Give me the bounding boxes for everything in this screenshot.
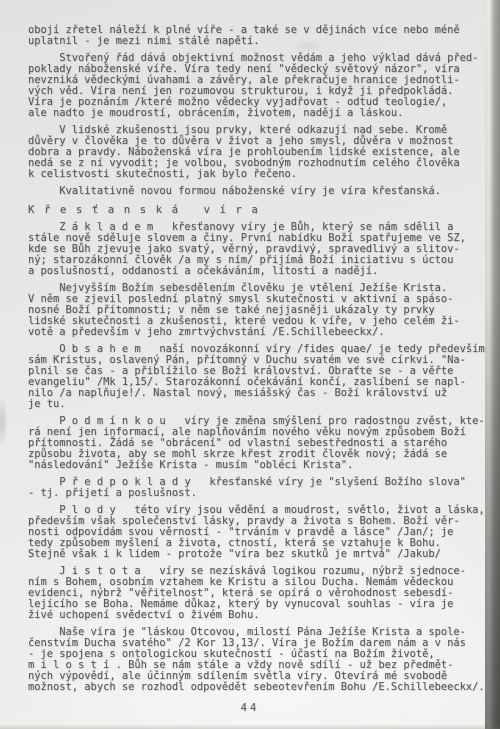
scan-smudge: [293, 40, 323, 52]
paragraph: Kvalitativně novou formou náboženské vír…: [28, 186, 495, 197]
paragraph: obojí zřetel náleží k plné víře - a také…: [28, 25, 495, 47]
document-page: obojí zřetel náleží k plné víře - a také…: [0, 0, 500, 729]
paragraph: V lidské zkušenosti jsou prvky, které od…: [28, 125, 495, 180]
paragraph: Stvořený řád dává objektivní možnost věd…: [28, 53, 495, 119]
paragraph: Z á k l a d e m křesťanovy víry je Bůh, …: [28, 222, 495, 277]
section-heading: K ř e s ť a n s k á v í r a: [28, 205, 495, 216]
paragraph: Naše víra je "láskou Otcovou, milostí Pá…: [28, 627, 495, 693]
paragraph: P ř e d p o k l a d y křesťanské víry je…: [28, 477, 495, 499]
page-bottom-shadow: [0, 724, 500, 729]
page-number: 44: [0, 702, 500, 714]
page-edge-shadow: [485, 0, 500, 729]
paragraph: Nejvyšším Božím sebesdělením člověku je …: [28, 283, 495, 338]
text-block: obojí zřetel náleží k plné víře - a také…: [28, 25, 495, 699]
paragraph: J i s t o t a víry se nezískává logikou …: [28, 566, 495, 621]
scan-smudge: [0, 396, 8, 448]
paragraph: O b s a h e m naší novozákonní víry /fid…: [28, 344, 495, 410]
paragraph: P l o d y této víry jsou vědění a moudro…: [28, 505, 495, 560]
paragraph: P o d m í n k o u víry je změna smýšlení…: [28, 416, 495, 471]
